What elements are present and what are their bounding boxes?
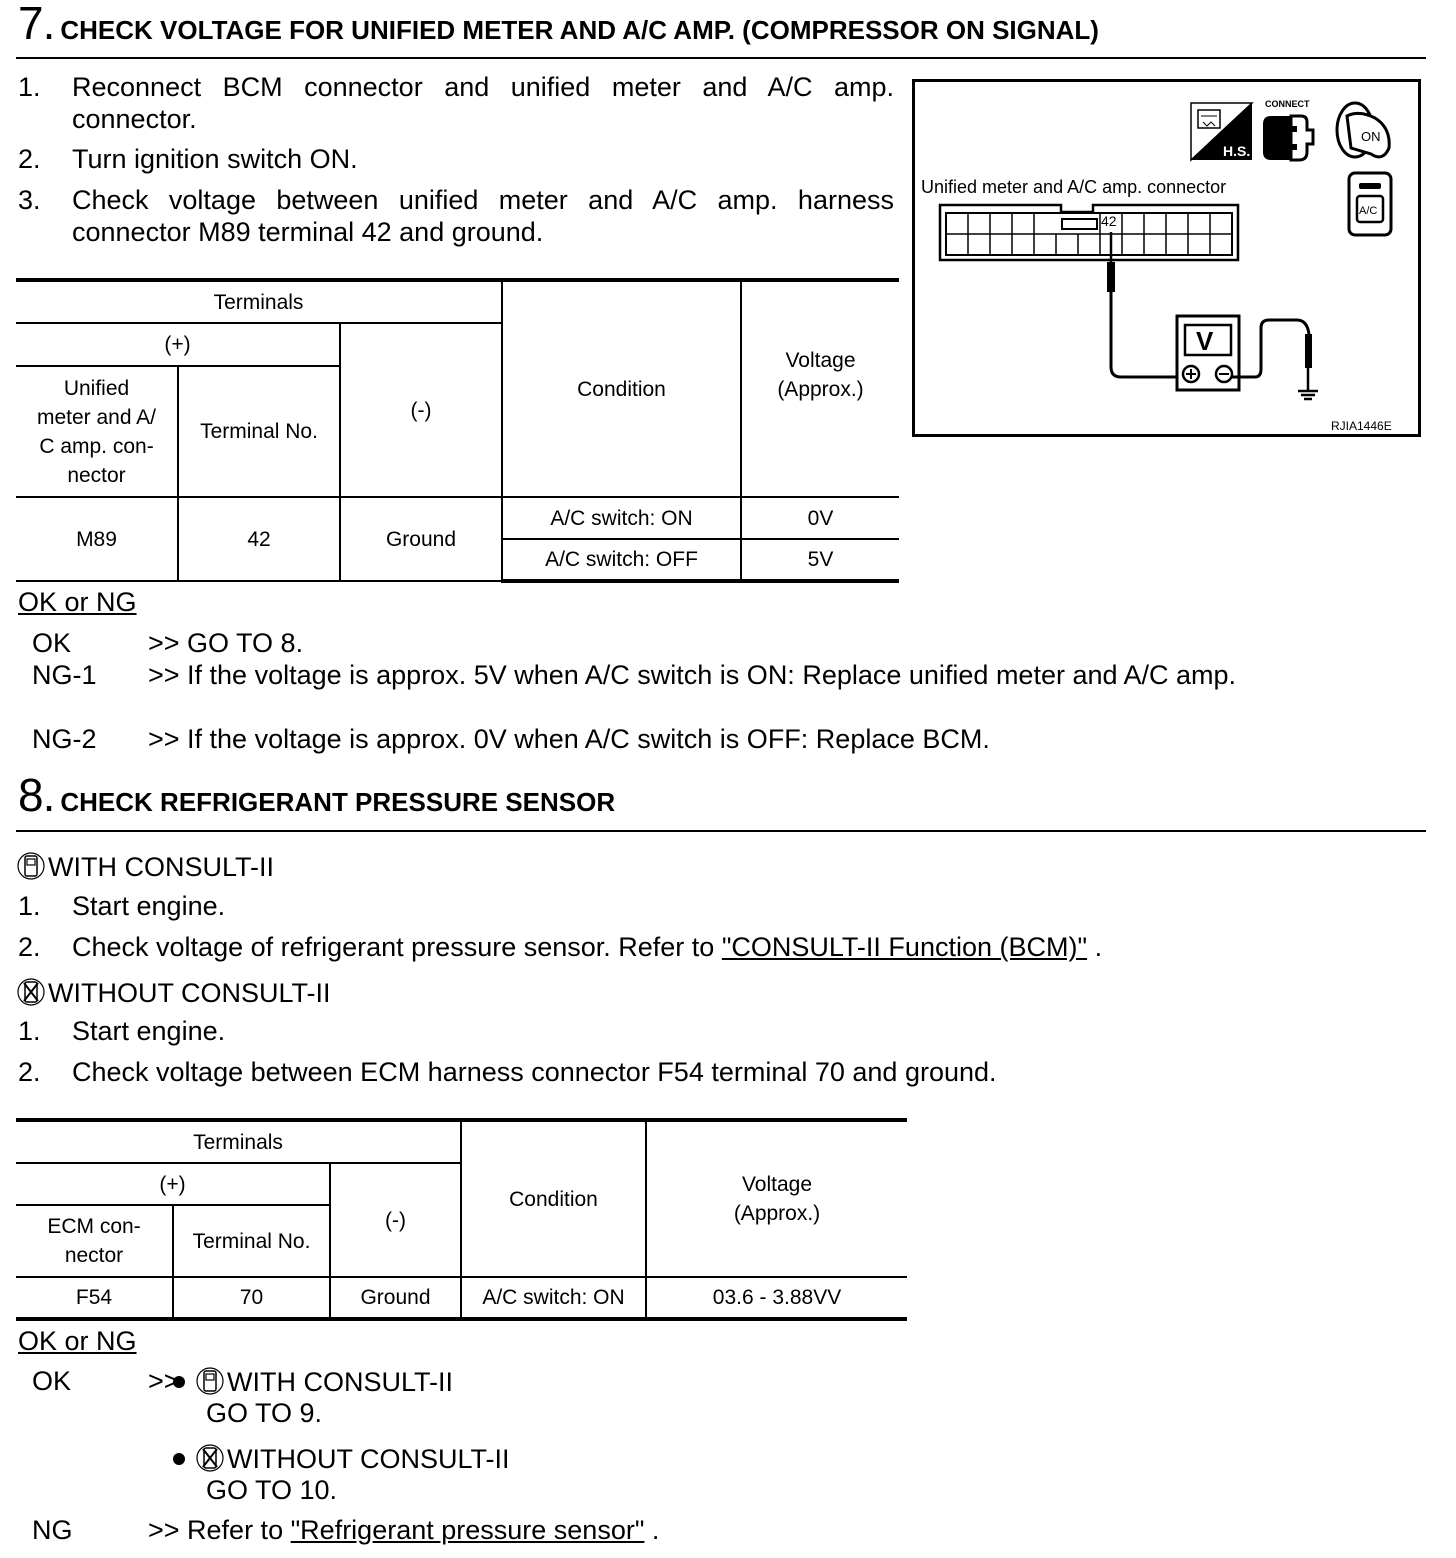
ground-wire: [1232, 320, 1309, 377]
step-title: CHECK VOLTAGE FOR UNIFIED METER AND A/C …: [60, 15, 1099, 45]
voltage-table-step7: Terminals Condition Voltage(Approx.) (+)…: [16, 278, 899, 583]
ground-icon: [1298, 368, 1318, 399]
cell-connector: M89: [16, 497, 178, 581]
step-8-heading: 8.CHECK REFRIGERANT PRESSURE SENSOR: [18, 768, 615, 822]
result-ng: NG>> Refer to "Refrigerant pressure sens…: [32, 1515, 659, 1546]
with-consult-label: WITH CONSULT-II: [16, 851, 274, 883]
svg-text:Unified meter and A/C amp. con: Unified meter and A/C amp. connector: [921, 177, 1226, 197]
bullet-icon: [173, 1376, 185, 1388]
header-connector: ECM con-nector: [16, 1205, 173, 1277]
figure-id: RJIA1446E: [1331, 419, 1392, 433]
ignition-key-on-icon: ON: [1337, 103, 1389, 157]
header-condition: Condition: [461, 1120, 646, 1277]
header-plus: (+): [16, 323, 340, 366]
header-terminals: Terminals: [16, 280, 502, 323]
no-consult-icon: [16, 977, 46, 1007]
consult-tool-icon: [16, 851, 46, 881]
svg-text:42: 42: [1101, 213, 1117, 229]
header-condition: Condition: [502, 280, 741, 497]
step-title: CHECK REFRIGERANT PRESSURE SENSOR: [60, 787, 615, 817]
instruction-2: 2.Turn ignition switch ON.: [18, 144, 358, 175]
cell-voltage: 03.6 - 3.88VV: [646, 1277, 907, 1319]
svg-text:ON: ON: [1361, 129, 1381, 144]
cell-terminal: 70: [173, 1277, 330, 1319]
step-number: 7.: [18, 0, 54, 49]
cell-terminal: 42: [178, 497, 340, 581]
cell-voltage: 0V: [741, 497, 899, 539]
without-step-2: 2.Check voltage between ECM harness conn…: [18, 1057, 997, 1088]
cell-condition: A/C switch: OFF: [502, 539, 741, 581]
cell-condition: A/C switch: ON: [502, 497, 741, 539]
header-terminal-no: Terminal No.: [173, 1205, 330, 1277]
header-minus: (-): [340, 323, 502, 497]
header-connector: Unifiedmeter and A/C amp. con-nector: [16, 366, 178, 497]
divider: [16, 830, 1426, 832]
refrigerant-sensor-link[interactable]: "Refrigerant pressure sensor": [291, 1515, 645, 1545]
without-step-1: 1.Start engine.: [18, 1016, 225, 1047]
without-consult-label: WITHOUT CONSULT-II: [16, 977, 331, 1009]
result-ok: OK>>: [32, 1366, 180, 1397]
step-7-heading: 7.CHECK VOLTAGE FOR UNIFIED METER AND A/…: [18, 0, 1099, 50]
result-ng1: NG-1>> If the voltage is approx. 5V when…: [32, 660, 1236, 691]
instruction-3-cont: connector M89 terminal 42 and ground.: [72, 217, 543, 248]
ok-goto-9: GO TO 9.: [206, 1398, 322, 1429]
header-voltage: Voltage(Approx.): [646, 1120, 907, 1277]
result-ok: OK>> GO TO 8.: [32, 628, 303, 659]
svg-text:H.S.: H.S.: [1223, 143, 1250, 159]
header-plus: (+): [16, 1163, 330, 1205]
no-consult-icon: [195, 1443, 225, 1473]
wiring-figure: H.S. CONNECT ON A/C Unified meter and A/…: [912, 79, 1421, 437]
result-ng2: NG-2>> If the voltage is approx. 0V when…: [32, 724, 990, 755]
cell-connector: F54: [16, 1277, 173, 1319]
divider: [16, 57, 1426, 59]
svg-text:V: V: [1196, 326, 1214, 356]
cell-condition: A/C switch: ON: [461, 1277, 646, 1319]
harness-hs-icon: H.S.: [1191, 103, 1252, 160]
header-terminals: Terminals: [16, 1120, 461, 1163]
header-minus: (-): [330, 1163, 461, 1277]
voltmeter-icon: V: [1177, 316, 1239, 390]
step-number: 8.: [18, 769, 54, 821]
ok-option-with-consult: WITH CONSULT-II: [173, 1366, 453, 1398]
with-step-1: 1.Start engine.: [18, 891, 225, 922]
instruction-1-cont: connector.: [72, 104, 197, 135]
cell-minus: Ground: [330, 1277, 461, 1319]
header-terminal-no: Terminal No.: [178, 366, 340, 497]
header-voltage: Voltage(Approx.): [741, 280, 899, 497]
svg-text:CONNECT: CONNECT: [1265, 99, 1310, 109]
ok-option-without-consult: WITHOUT CONSULT-II: [173, 1443, 510, 1475]
with-step-2: 2.Check voltage of refrigerant pressure …: [18, 932, 1102, 963]
connect-icon: CONNECT: [1263, 99, 1313, 160]
svg-text:A/C: A/C: [1359, 205, 1377, 217]
voltage-table-step8: Terminals Condition Voltage(Approx.) (+)…: [16, 1118, 907, 1321]
result-heading: OK or NG: [18, 1326, 137, 1357]
result-heading: OK or NG: [18, 587, 137, 618]
consult-function-link[interactable]: "CONSULT-II Function (BCM)": [722, 932, 1087, 962]
ac-switch-icon: A/C: [1349, 173, 1391, 235]
consult-tool-icon: [195, 1366, 225, 1396]
ok-goto-10: GO TO 10.: [206, 1475, 337, 1506]
connector-diagram: 42: [940, 205, 1238, 260]
cell-voltage: 5V: [741, 539, 899, 581]
bullet-icon: [173, 1453, 185, 1465]
instruction-1: 1.Reconnect BCM connector and unified me…: [18, 72, 894, 103]
cell-minus: Ground: [340, 497, 502, 581]
instruction-3: 3.Check voltage between unified meter an…: [18, 185, 894, 216]
